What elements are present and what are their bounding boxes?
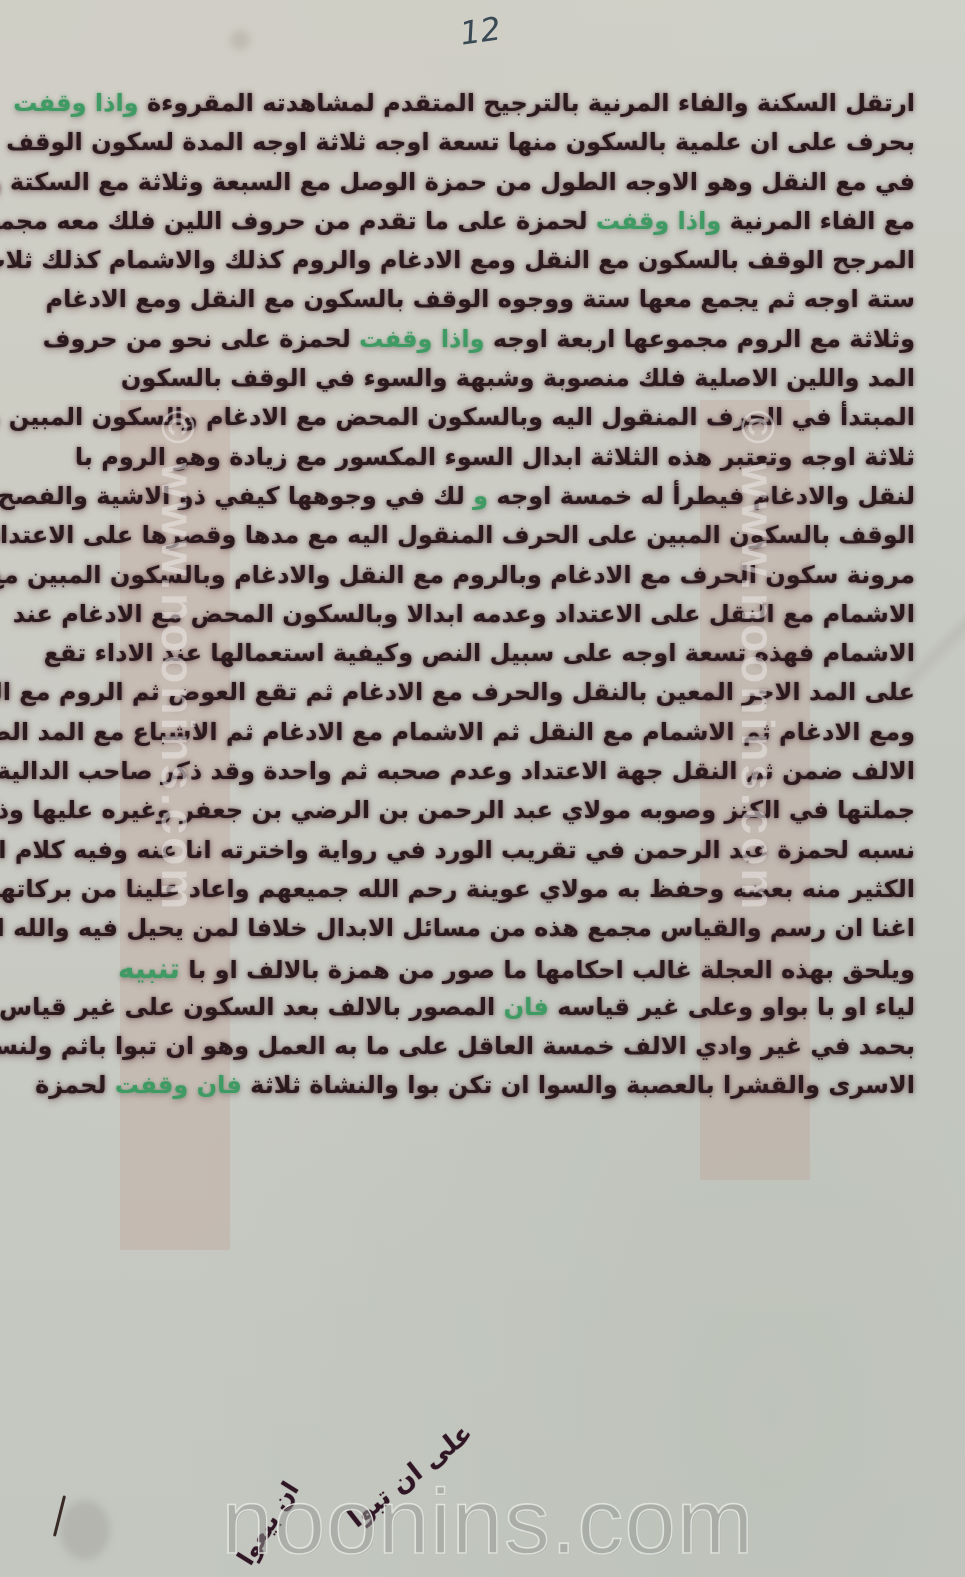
text-line: ويلحق بهذه العجلة غالب احكامها ما صور من… <box>30 949 915 988</box>
text-line: لياء او با بواو وعلى غير قياسه فان المصو… <box>30 988 915 1027</box>
manuscript-page: 12 ارتقل السكنة والفاء المرنية بالترجيح … <box>0 0 965 1577</box>
rubric-text: واذا وقفت <box>359 320 484 359</box>
text-line: المد واللين الاصلية فلك منصوبة وشبهة وال… <box>30 359 915 398</box>
ink-stain <box>60 1500 110 1560</box>
rubric-heading-tanbih: تنبيه <box>118 949 180 988</box>
rubric-text: فان وقفت <box>115 1066 242 1105</box>
text-line: ستة اوجه ثم يجمع معها ستة ووجوه الوقف با… <box>30 280 915 319</box>
rubric-text: واذا وقفت <box>596 202 721 241</box>
rubric-text: واذا وقفت <box>13 84 138 123</box>
text-line: بحمد في غير وادي الالف خمسة العاقل على م… <box>30 1027 915 1066</box>
watermark-vertical-left: © www.noonins.com <box>151 410 205 912</box>
watermark-bottom: noonins.com <box>178 1470 798 1575</box>
folio-number: 12 <box>458 9 504 52</box>
text-line: بحرف على ان علمية بالسكون منها تسعة اوجه… <box>30 123 915 162</box>
text-line: مع الفاء المرنية واذا وقفت لحمزة على ما … <box>30 202 915 241</box>
rubric-text: فان <box>504 988 549 1027</box>
rubric-text: و <box>473 477 488 516</box>
text-line: في مع النقل وهو الاوجه الطول من حمزة الو… <box>30 163 915 202</box>
watermark-vertical-right: © www.noonins.com <box>731 410 785 912</box>
ink-stain <box>230 30 250 50</box>
text-line: ارتقل السكنة والفاء المرنية بالترجيح الم… <box>30 84 915 123</box>
text-line: الاسرى والقشرا بالعصبة والسوا ان تكن بوا… <box>30 1066 915 1105</box>
text-line: وثلاثة مع الروم مجموعها اربعة اوجه واذا … <box>30 320 915 359</box>
text-line: المرجح الوقف بالسكون مع النقل ومع الادغا… <box>30 241 915 280</box>
text-line: اغنا ان رسم والقياس مجمع هذه من مسائل ال… <box>30 909 915 948</box>
